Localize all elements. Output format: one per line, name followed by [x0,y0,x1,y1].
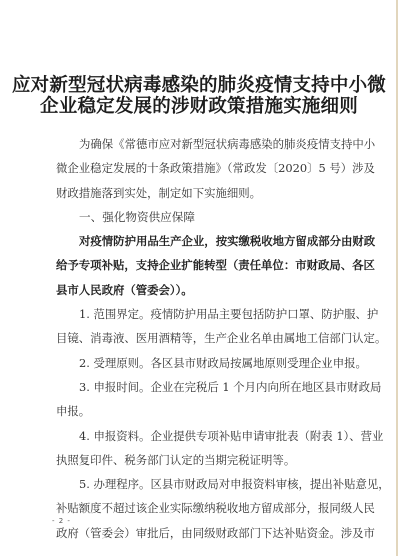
item-3-line: 申报。 [56,399,356,423]
document-title-line-1: 应对新型冠状病毒感染的肺炎疫情支持中小微 [0,76,398,96]
item-4-line: 4. 申报资料。企业提供专项补贴申请审批表（附表 1）、营业 [56,424,356,448]
intro-line: 微企业稳定发展的十条政策措施》（常政发〔2020〕5 号）涉及 [56,156,356,180]
intro-line: 为确保《常德市应对新型冠状病毒感染的肺炎疫情支持中小 [56,132,356,156]
item-5-line: 5. 办理程序。区县市财政局对申报资料审核，提出补贴意见， [56,472,356,496]
page-number: - 2 - [52,517,71,525]
item-2-line: 2. 受理原则。各区县市财政局按属地原则受理企业申报。 [56,351,356,375]
item-4-line: 执照复印件、税务部门认定的当期完税证明等。 [56,448,356,472]
document-title-line-2: 企业稳定发展的涉财政策措施实施细则 [0,97,398,117]
item-3-line: 3. 申报时间。企业在完税后 1 个月内向所在地区县市财政局 [56,375,356,399]
intro-line: 财政措施落到实处，制定如下实施细则。 [56,181,356,205]
document-body: 为确保《常德市应对新型冠状病毒感染的肺炎疫情支持中小 微企业稳定发展的十条政策措… [56,132,356,545]
item-1-line: 1. 范围界定。疫情防护用品主要包括防护口罩、防护服、护 [56,302,356,326]
item-5-line: 政府（管委会）审批后，由同级财政部门下达补贴资金。涉及市 [56,521,356,545]
item-5-line: 补贴额度不超过该企业实际缴纳税收地方留成部分，报同级人民 [56,496,356,520]
item-1-line: 目镜、消毒液、医用酒精等，生产企业名单由属地工信部门认定。 [56,326,356,350]
policy-line: 县市人民政府（管委会））。 [56,278,356,302]
policy-line: 对疫情防护用品生产企业，按实缴税收地方留成部分由财政 [56,229,356,253]
policy-line: 给予专项补贴，支持企业扩能转型（责任单位：市财政局、各区 [56,253,356,277]
section-heading: 一、强化物资供应保障 [56,205,356,229]
